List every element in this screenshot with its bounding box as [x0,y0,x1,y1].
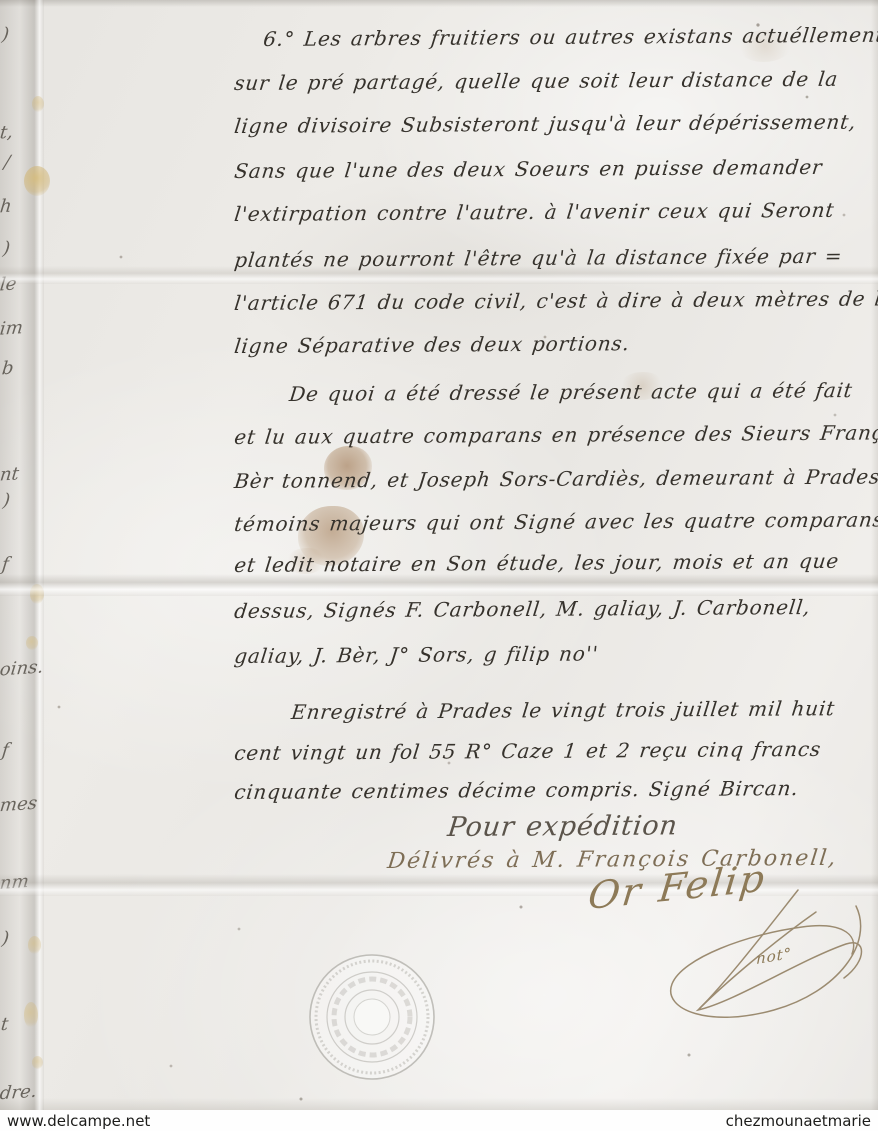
glue-spot [28,936,41,954]
paper-specks [0,0,2,2]
signature-flourish [648,888,874,1028]
manuscript-line: l'extirpation contre l'autre. à l'avenir… [233,198,836,226]
margin-fragment: oins. [0,657,44,681]
manuscript-line: Bèr tonnend, et Joseph Sors-Cardiès, dem… [233,464,878,493]
paper-edge-shadow-top [0,0,878,7]
glue-spot [32,96,44,112]
margin-fragment: b [1,358,15,380]
manuscript-line: l'article 671 du code civil, c'est à dir… [233,286,878,315]
manuscript-line: et ledit notaire en Son étude, les jour,… [233,549,841,577]
scanned-document-page: ) t, / h ) le im b nt ) f oins. f mes nm… [0,0,878,1131]
watermark-bar: www.delcampe.net chezmounaetmarie [0,1110,878,1131]
closing-delivrance: Délivrés à M. François Carbonell, [386,846,839,874]
manuscript-line: dessus, Signés F. Carbonell, M. galiay, … [233,595,812,623]
margin-fragment: dre. [0,1081,38,1104]
watermark-seller-name: chezmounaetmarie [726,1112,871,1130]
margin-fragment: nt [0,463,20,485]
margin-fragment: t, [0,122,14,144]
manuscript-line: De quoi a été dressé le présent acte qui… [288,378,854,406]
manuscript-line: cent vingt un fol 55 R° Caze 1 et 2 reçu… [233,737,823,765]
margin-fragment: mes [0,793,38,817]
watermark-site-url: www.delcampe.net [7,1112,150,1130]
glue-spot [24,166,50,196]
manuscript-line: témoins majeurs qui ont Signé avec les q… [233,507,878,536]
paper-edge-shadow-bottom [0,1098,878,1110]
manuscript-line: cinquante centimes décime compris. Signé… [233,776,800,804]
manuscript-line: et lu aux quatre comparans en présence d… [233,420,878,449]
manuscript-line: 6.° Les arbres fruitiers ou autres exist… [262,23,878,51]
manuscript-line: plantés ne pourront l'être qu'à la dista… [233,244,844,272]
manuscript-line: ligne Séparative des deux portions. [233,331,631,358]
embossed-notarial-seal [306,950,438,1084]
manuscript-line: Enregistré à Prades le vingt trois juill… [290,696,836,724]
closing-pour-expedition: Pour expédition [446,810,680,843]
fold-crease [0,574,878,596]
margin-fragment: im [0,317,24,340]
manuscript-line: Sans que l'une des deux Soeurs en puisse… [233,155,824,183]
glue-spot [32,1056,43,1069]
glue-spot [24,1002,38,1028]
manuscript-line: sur le pré partagé, quelle que soit leur… [233,67,840,95]
glue-spot [26,636,38,650]
manuscript-line: ligne divisoire Subsisteront jusqu'à leu… [233,110,858,138]
manuscript-line: galiay, J. Bèr, J° Sors, g filip no'' [233,641,600,668]
